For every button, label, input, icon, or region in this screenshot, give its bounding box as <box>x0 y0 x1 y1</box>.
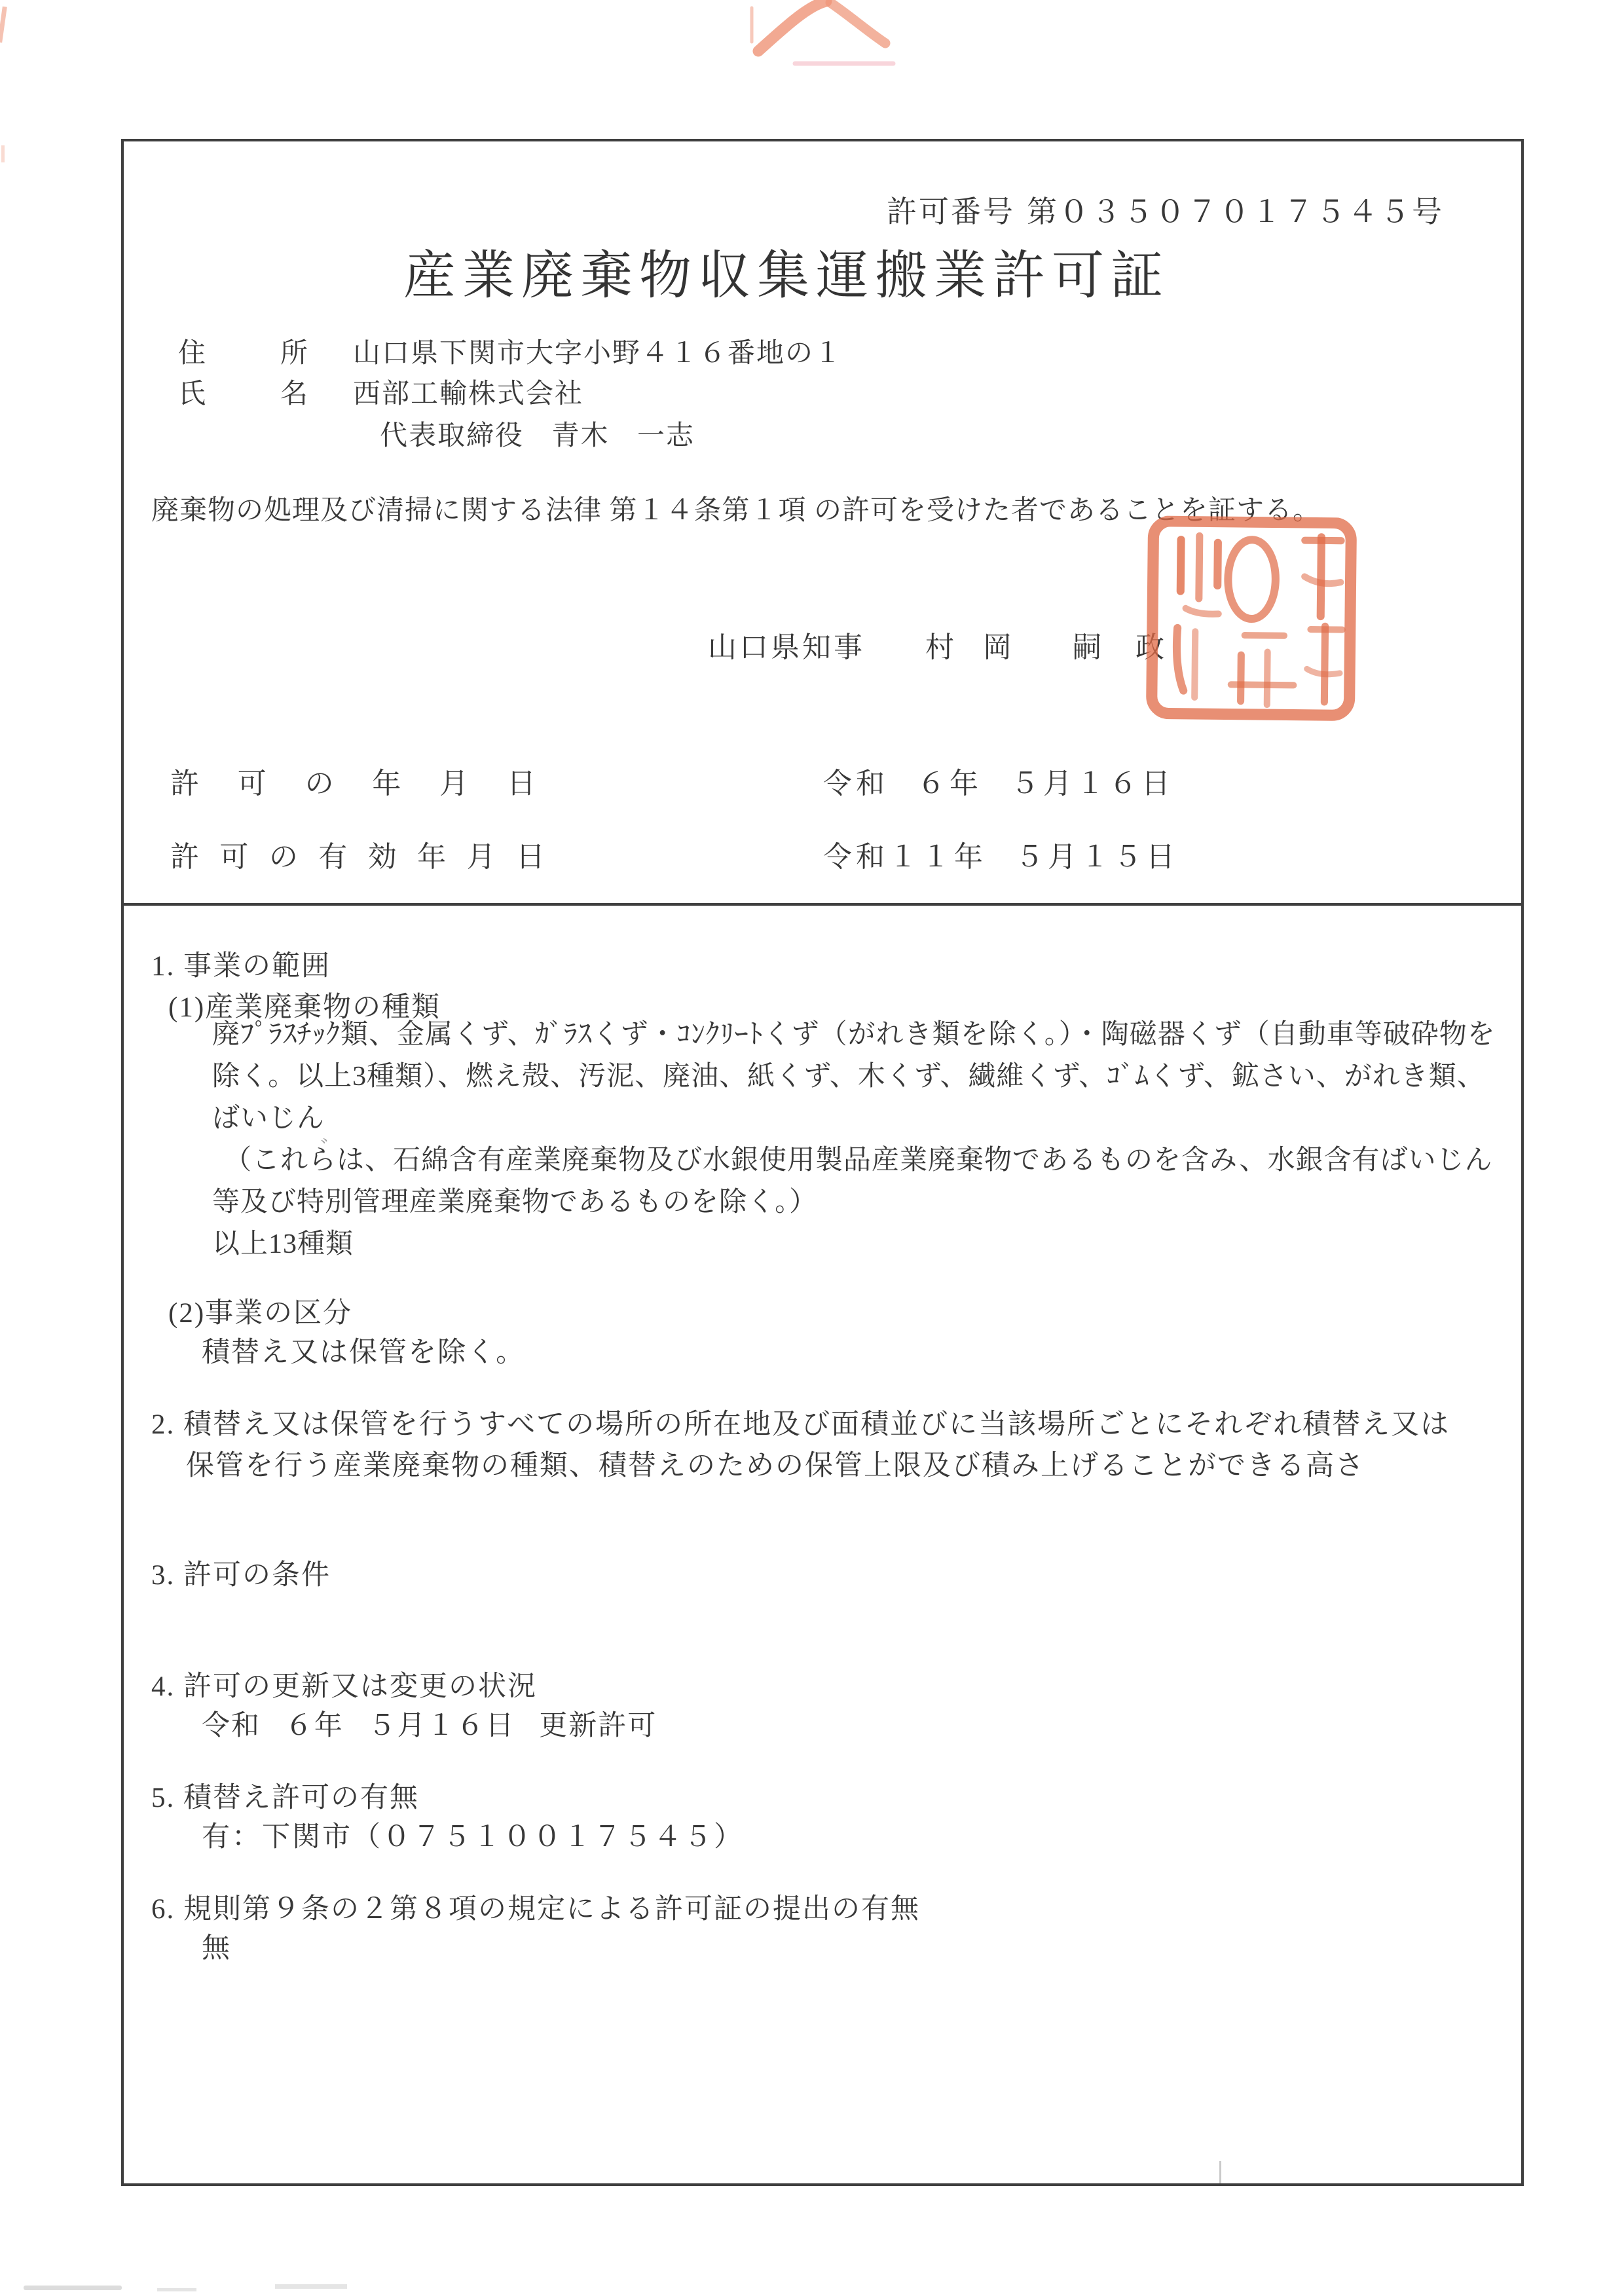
scan-artifact-tick <box>1219 2161 1221 2183</box>
section3-heading: 3. 許可の条件 <box>151 1553 331 1593</box>
certificate-border-box: 許可番号第０３５０７０１７５４５号 産業廃棄物収集運搬業許可証 住所 山口県下関… <box>121 139 1524 2186</box>
waste-types-line: 除く。以上3種類）、燃え殻、汚泥、廃油、紙くず、木くず、繊維くず、ｺﾞﾑくず、鉱… <box>212 1056 1496 1098</box>
representative-name: 代表取締役 青木 一志 <box>380 414 695 453</box>
certification-statement: 廃棄物の処理及び清掃に関する法律 第１４条第１項 の許可を受けた者であることを証… <box>151 489 1321 528</box>
waste-types-line: 廃ﾌﾟﾗｽﾁｯｸ類、金属くず、ｶﾞﾗｽくず・ｺﾝｸﾘｰﾄくず（がれき類を除く。）… <box>212 1014 1496 1056</box>
section6-body: 無 <box>202 1926 231 1966</box>
scan-artifact-bottom <box>24 2286 122 2290</box>
scan-artifact-bottom <box>275 2284 347 2289</box>
governor-seal-stamp <box>1145 515 1357 722</box>
section4-heading: 4. 許可の更新又は変更の状況 <box>151 1664 537 1704</box>
permit-number-value: 第０３５０７０１７５４５号 <box>1027 195 1444 229</box>
section2-line1: 2. 積替え又は保管を行うすべての場所の所在地及び面積並びに当該場所ごとにそれぞ… <box>151 1402 1450 1442</box>
governor-title: 山口県知事 <box>708 623 865 665</box>
scan-artifact-bottom <box>157 2288 196 2291</box>
address-value: 山口県下関市大字小野４１６番地の１ <box>353 331 843 371</box>
scan-artifact-left-edge <box>1 145 5 162</box>
section2-line2: 保管を行う産業廃棄物の種類、積替えのための保管上限及び積み上げることができる高さ <box>186 1443 1365 1483</box>
section6-heading: 6. 規則第９条の２第８項の規定による許可証の提出の有無 <box>151 1887 920 1927</box>
permit-number-label: 許可番号 <box>887 195 1015 229</box>
section-divider-line <box>121 903 1524 906</box>
waste-types-line: ばいじん <box>212 1098 1496 1139</box>
section5-heading: 5. 積替え許可の有無 <box>151 1775 419 1815</box>
scan-artifact-dakuten: ゛ <box>320 1132 342 1164</box>
red-pen-mark <box>747 0 943 72</box>
expiry-date-label: 許可の有効年月日 <box>170 833 545 875</box>
section1-heading: 1. 事業の範囲 <box>151 944 331 984</box>
grant-date-label: 許可の年月日 <box>170 760 536 802</box>
document-page: 許可番号第０３５０７０１７５４５号 産業廃棄物収集運搬業許可証 住所 山口県下関… <box>0 0 1624 2296</box>
waste-types-line: 以上13種類 <box>212 1223 1496 1265</box>
section5-body: 有：下関市（０７５１００１７５４５） <box>202 1815 744 1855</box>
scan-artifact-left-edge <box>0 7 7 43</box>
address-label: 住所 <box>178 331 308 371</box>
waste-types-paragraph: 廃ﾌﾟﾗｽﾁｯｸ類、金属くず、ｶﾞﾗｽくず・ｺﾝｸﾘｰﾄくず（がれき類を除く。）… <box>212 1014 1496 1265</box>
section1-2-heading: (2)事業の区分 <box>168 1291 352 1331</box>
company-name: 西部工輸株式会社 <box>353 372 583 411</box>
grant-date-value: 令和 ６年 ５月１６日 <box>823 760 1174 802</box>
waste-types-line: 等及び特別管理産業廃棄物であるものを除く。） <box>212 1181 1496 1223</box>
section1-2-body: 積替え又は保管を除く。 <box>202 1330 525 1370</box>
expiry-date-value: 令和１１年 ５月１５日 <box>823 833 1179 875</box>
name-label: 氏名 <box>178 372 308 411</box>
governor-surname: 村岡 <box>925 623 1012 665</box>
document-title: 産業廃棄物収集運搬業許可証 <box>403 233 1170 308</box>
waste-types-line: （これらは、石綿含有産業廃棄物及び水銀使用製品産業廃棄物であるものを含み、水銀含… <box>212 1139 1496 1181</box>
section4-body: 令和 ６年 ５月１６日 更新許可 <box>202 1703 657 1743</box>
